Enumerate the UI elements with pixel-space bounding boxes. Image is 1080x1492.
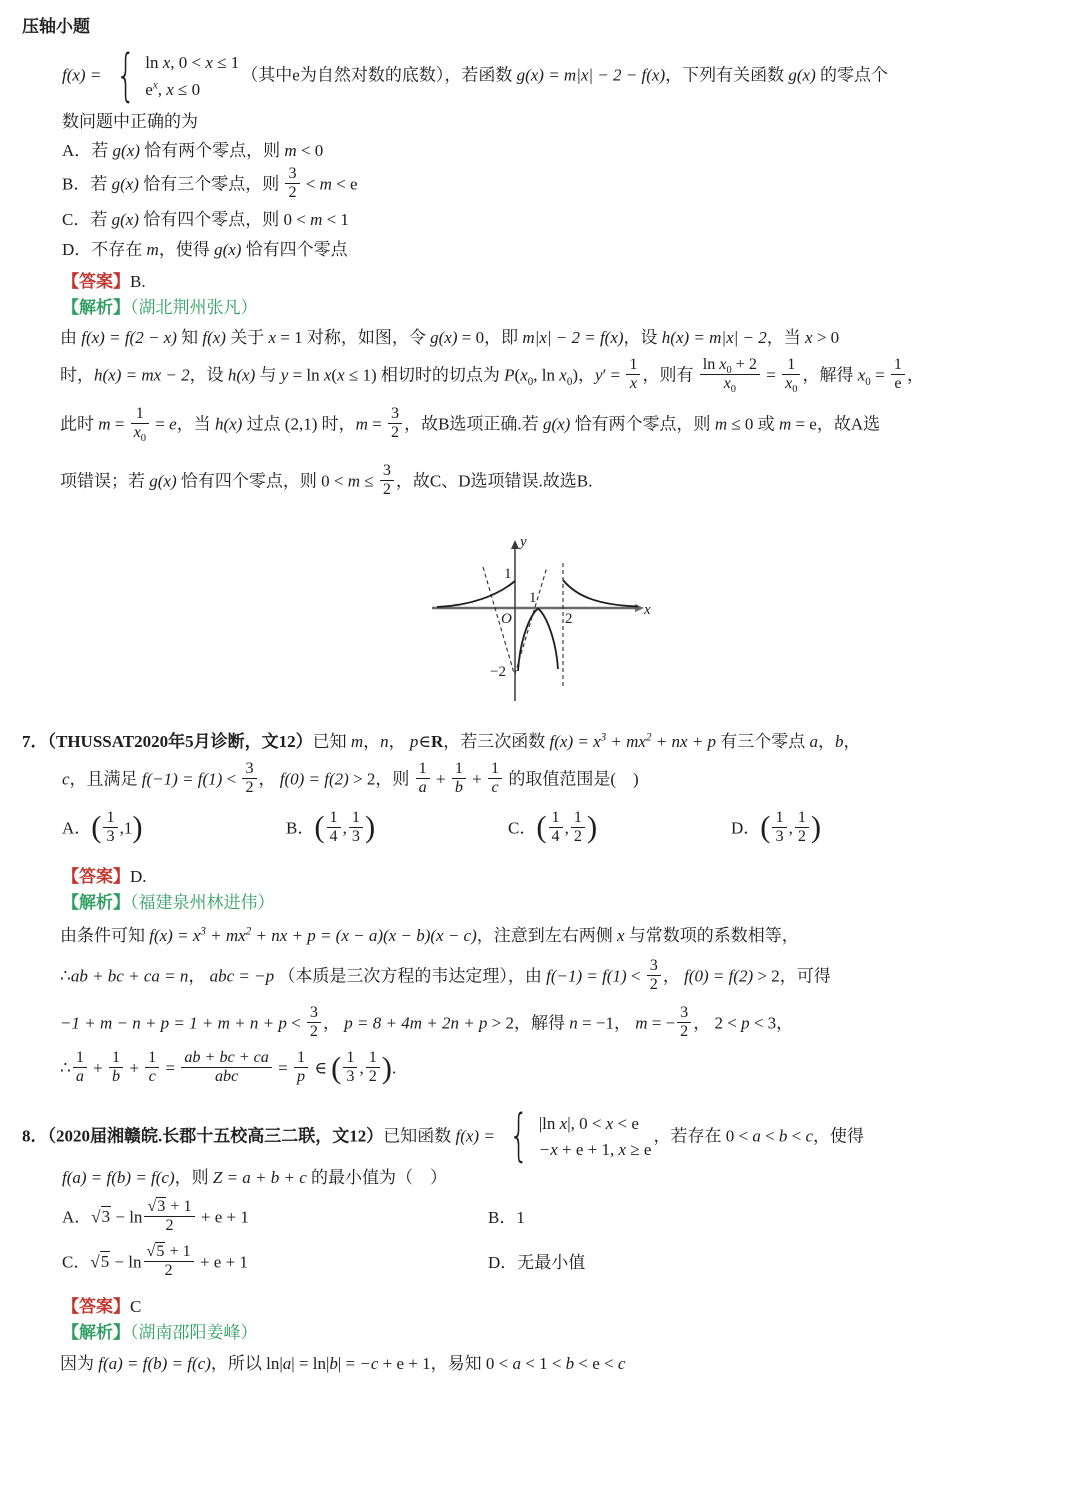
option-cell: A．(13,1) xyxy=(62,811,286,848)
document-page: 压轴小题f(x) = {ln x, 0 < x ≤ 1ex, x ≤ 0（其中e… xyxy=(0,0,1080,1492)
option-cell: B．1 xyxy=(488,1205,525,1231)
q6-analysis-line-3: 此时 m = 1x0 = e，当 h(x) 过点 (2,1) 时，m = 32，… xyxy=(60,407,1052,444)
q8-analysis-credit: 【解析】（湖南邵阳姜峰） xyxy=(62,1320,1052,1346)
option-cell: D．无最小值 xyxy=(488,1250,585,1276)
q6-answer: 【答案】B. xyxy=(62,269,1052,295)
q7-options: A．(13,1)B．(14,13)C．(14,12)D．(13,12) xyxy=(62,811,1052,848)
q7-analysis-line-4: ∴1a + 1b + 1c = ab + bc + caabc = 1p ∈ (… xyxy=(60,1051,1052,1088)
document-content-top: 压轴小题f(x) = {ln x, 0 < x ≤ 1ex, x ≤ 0（其中e… xyxy=(22,14,1052,501)
q7-stem-line-2: c，且满足 f(−1) = f(1) < 32， f(0) = f(2) > 2… xyxy=(62,762,1052,799)
curve-ln-left-branch xyxy=(518,609,538,672)
q7-analysis-line-2: ∴ab + bc + ca = n， abc = −p （本质是三次方程的韦达定… xyxy=(60,959,1052,996)
q7-stem-line-1: 7．（THUSSAT2020年5月诊断，文12）已知 m，n， p∈R，若三次函… xyxy=(22,729,1052,755)
q8-options-row-2: C．√5 − ln√5 + 12 + e + 1D．无最小值 xyxy=(62,1245,1052,1282)
y-axis-label: y xyxy=(518,534,527,550)
x-axis-label: x xyxy=(643,602,651,618)
q8-answer: 【答案】C xyxy=(62,1294,1052,1320)
option-cell: C．√5 − ln√5 + 12 + e + 1 xyxy=(62,1245,488,1282)
curve-exp-left xyxy=(437,581,515,607)
q6-option-c: C．若 g(x) 恰有四个零点，则 0 < m < 1 xyxy=(62,207,1052,233)
tick-label-two-x: 2 xyxy=(565,611,573,627)
document-content-bottom: 7．（THUSSAT2020年5月诊断，文12）已知 m，n， p∈R，若三次函… xyxy=(22,729,1052,1377)
origin-label: O xyxy=(501,611,512,627)
q6-option-a: A．若 g(x) 恰有两个零点，则 m < 0 xyxy=(62,138,1052,164)
option-cell: B．(14,13) xyxy=(286,811,508,848)
tick-label-one-y: 1 xyxy=(504,566,512,582)
graph-canvas: y x O 1 1 2 −2 xyxy=(425,531,655,709)
option-cell: C．(14,12) xyxy=(508,811,731,848)
tick-label-one-x: 1 xyxy=(529,590,537,606)
q6-option-d: D．不存在 m，使得 g(x) 恰有四个零点 xyxy=(62,237,1052,263)
q6-option-b: B．若 g(x) 恰有三个零点，则 32 < m < e xyxy=(62,167,1052,204)
q7-analysis-line-3: −1 + m − n + p = 1 + m + n + p < 32， p =… xyxy=(60,1006,1052,1043)
x-axis-arrow xyxy=(635,604,644,612)
tick-label-neg-two: −2 xyxy=(490,664,506,680)
option-cell: A．√3 − ln√3 + 12 + e + 1 xyxy=(62,1200,488,1237)
curve-exp-right xyxy=(563,580,638,607)
option-cell: D．(13,12) xyxy=(731,811,821,848)
q7-analysis-credit: 【解析】（福建泉州林进伟） xyxy=(62,890,1052,916)
q8-options-row-1: A．√3 − ln√3 + 12 + e + 1B．1 xyxy=(62,1200,1052,1237)
q6-analysis-credit: 【解析】（湖北荆州张凡） xyxy=(62,295,1052,321)
q8-stem-line-1: 8．（2020届湘赣皖.长郡十五校高三二联，文12）已知函数 f(x) = {|… xyxy=(22,1111,1052,1164)
q6-analysis-line-2: 时，h(x) = mx − 2，设 h(x) 与 y = ln x(x ≤ 1)… xyxy=(60,358,1052,395)
dashed-tangent-right xyxy=(515,567,547,674)
section-header: 压轴小题 xyxy=(22,14,1052,40)
y-axis-arrow xyxy=(511,540,519,549)
q7-answer: 【答案】D. xyxy=(62,864,1052,890)
q8-stem-line-2: f(a) = f(b) = f(c)，则 Z = a + b + c 的最小值为… xyxy=(62,1165,1052,1191)
function-graph: y x O 1 1 2 −2 xyxy=(425,531,655,709)
q6-stem-line-2: 数问题中正确的为 xyxy=(62,109,1052,135)
q7-analysis-line-1: 由条件可知 f(x) = x3 + mx2 + nx + p = (x − a)… xyxy=(60,923,1052,949)
q6-stem-line-1: f(x) = {ln x, 0 < x ≤ 1ex, x ≤ 0（其中e为自然对… xyxy=(62,50,1052,103)
q8-analysis-line-1: 因为 f(a) = f(b) = f(c)，所以 ln|a| = ln|b| =… xyxy=(60,1351,1052,1377)
q6-analysis-line-1: 由 f(x) = f(2 − x) 知 f(x) 关于 x = 1 对称，如图，… xyxy=(60,325,1052,351)
q6-analysis-line-4: 项错误；若 g(x) 恰有四个零点，则 0 < m ≤ 32，故C、D选项错误.… xyxy=(60,464,1052,501)
curve-ln-mirror-branch xyxy=(538,609,558,670)
